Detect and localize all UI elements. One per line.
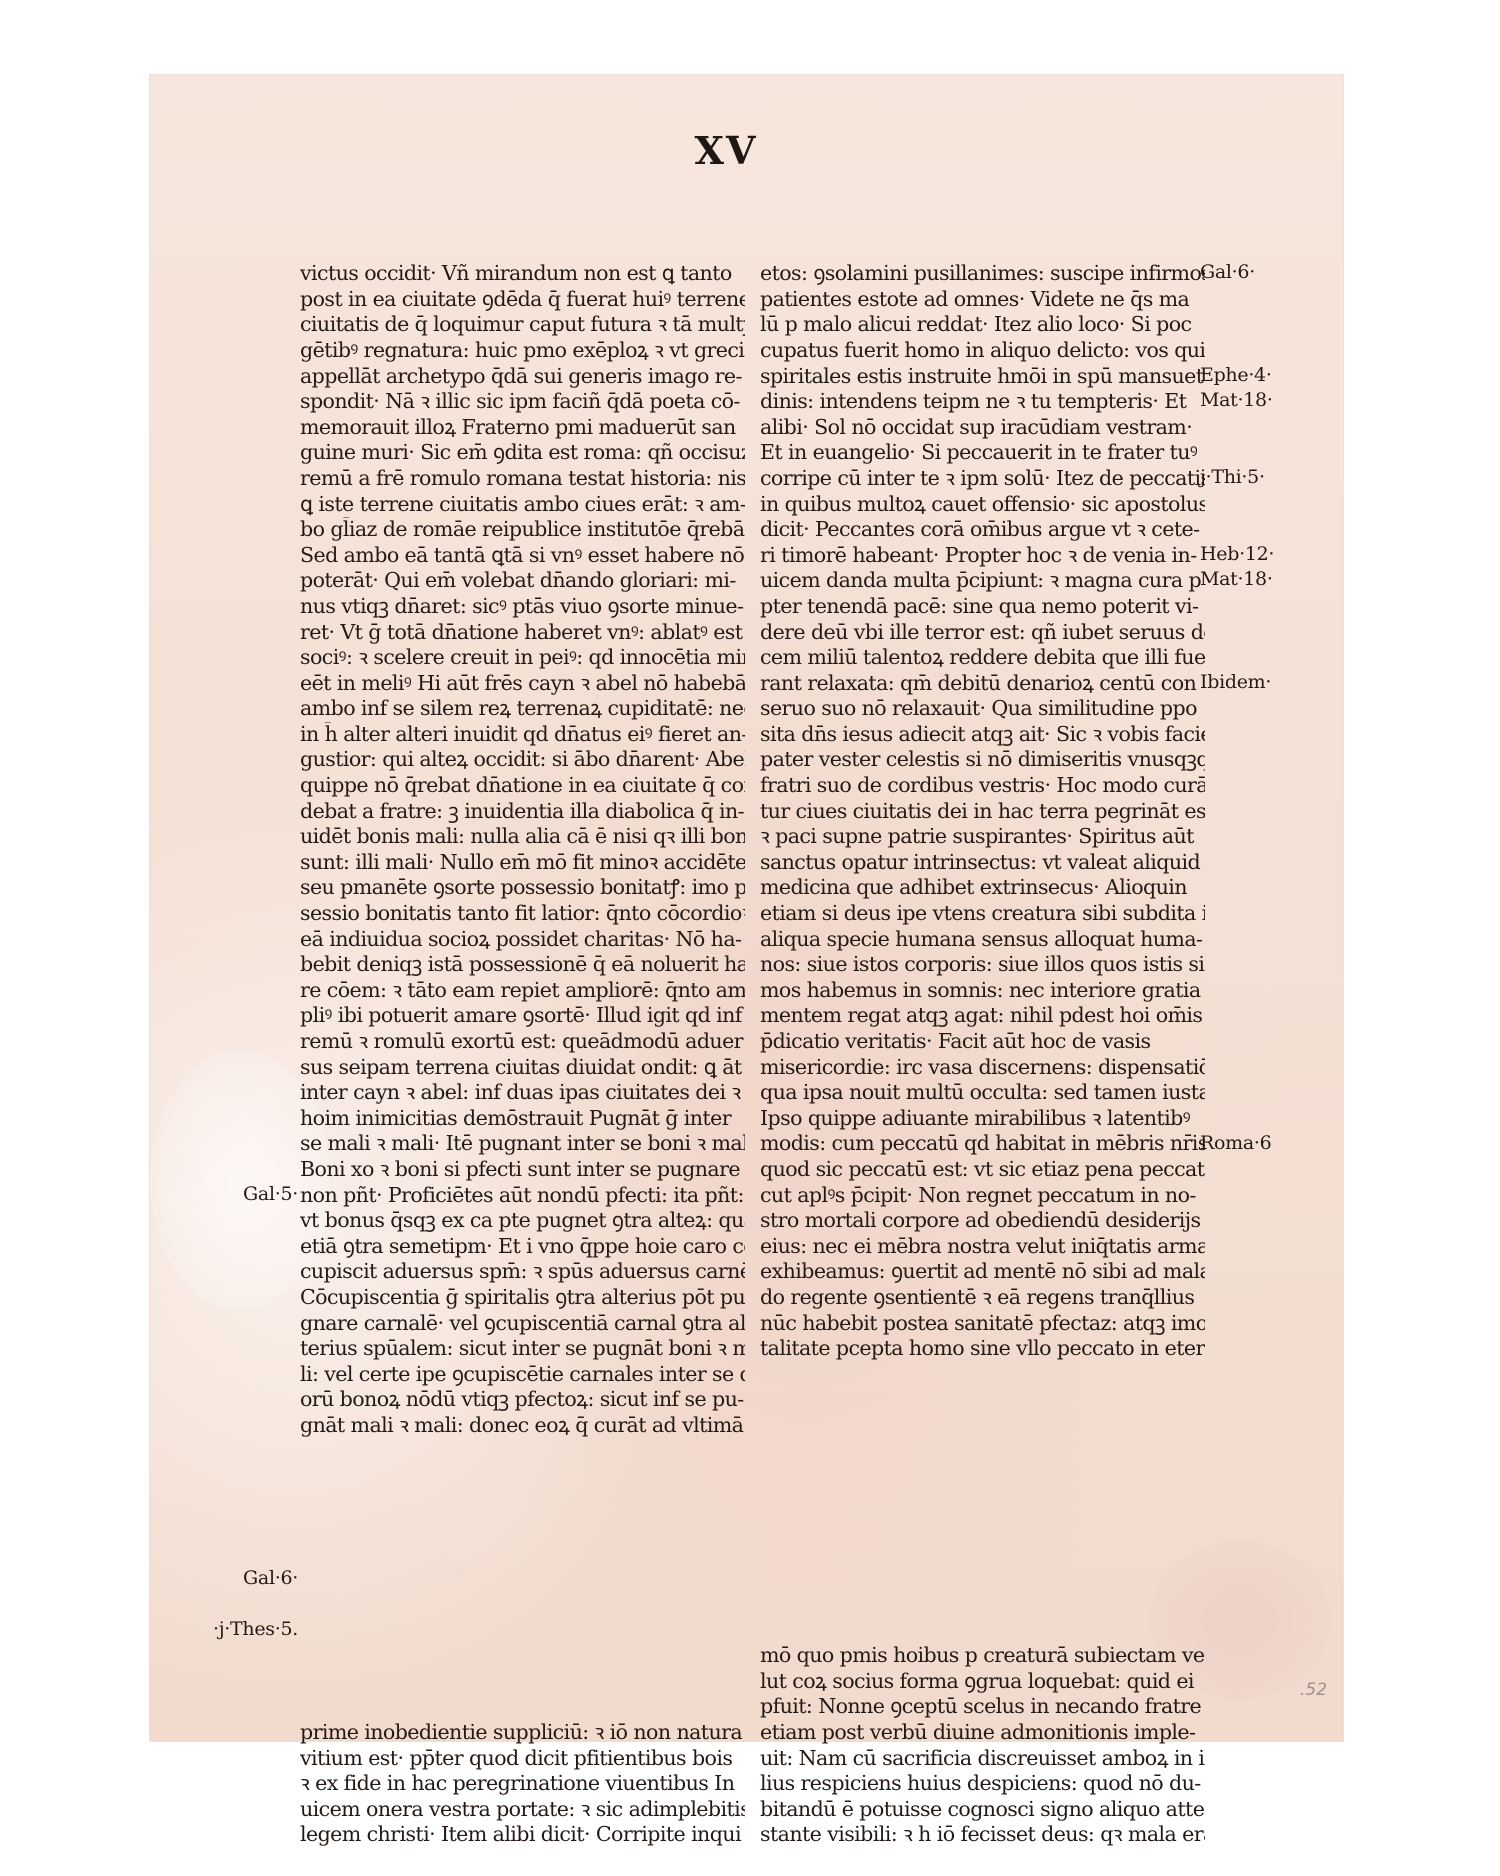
text-line: corripe cū inter te ꝛ ipm solū· Itez de …: [760, 466, 1205, 492]
text-line: etiam si deus ipe vtens creatura sibi su…: [760, 901, 1205, 927]
text-line: Sed ambo eā tantā ꝗtā si vnꝰ esset haber…: [300, 543, 745, 569]
text-line: spondit· Nā ꝛ illic sic ipm faciñ q̄dā p…: [300, 389, 745, 415]
marginal-citation: Gal·5·: [243, 1183, 298, 1205]
text-line: ꝛ ex fide in hac peregrinatione viuentib…: [300, 1771, 745, 1797]
text-line: uidēt bonis mali: nulla alia cā ē nisi q…: [300, 824, 745, 850]
text-line: li: vel certe ipe ꝯcupiscētie carnales i…: [300, 1362, 745, 1388]
text-line: mos habemus in somnis: nec interiore gra…: [760, 978, 1205, 1004]
text-line: in h̄ alter alteri inuidit qd dn̄atus ei…: [300, 722, 745, 748]
text-line: remū a frē romulo romana testat historia…: [300, 466, 745, 492]
left-closing-lines: prime inobedientie suppliciū: ꝛ iō non n…: [300, 1720, 745, 1848]
chapter-opening-line: ſEd hoc ipm qd sicut potuimus expo-: [760, 1490, 1205, 1516]
text-line: sita dn̄s iesus adiecit atqꝫ ait· Sic ꝛ …: [760, 722, 1205, 748]
text-line: ambo inf se silem reꝝ terrenaꝝ cupiditat…: [300, 696, 745, 722]
text-line: cut aplꝰs p̄cipit· Non regnet peccatum i…: [760, 1183, 1205, 1209]
text-line: etos: ꝯsolamini pusillanimes: suscipe in…: [760, 261, 1205, 287]
text-line: appellāt archetypo q̄dā sui generis imag…: [300, 364, 745, 390]
text-line: etiā ꝯtra semetipm· Et i vno q̄ppe hoie …: [300, 1234, 745, 1260]
text-line: poterāt· Qui em̄ volebat dn̄ando gloriar…: [300, 568, 745, 594]
text-line: ri timorē habeant· Propter hoc ꝛ de veni…: [760, 543, 1205, 569]
text-line: eā indiuidua socioꝝ possidet charitas· N…: [300, 927, 745, 953]
text-line: sunt: illi mali· Nullo em̄ mō fit minoꝛ …: [300, 850, 745, 876]
chapter-end-line: victoriā sanitas pducat Ca·VI·: [300, 1490, 745, 1516]
marginal-citation: ·j·Thes·5.: [213, 1618, 298, 1640]
text-line: cupatus fuerit homo in aliquo delicto: v…: [760, 338, 1205, 364]
text-line: sus seipam terrena ciuitas diuidat ondit…: [300, 1055, 745, 1081]
text-line: post in ea ciuitate ꝯdēda q̄ fuerat huiꝰ…: [300, 287, 745, 313]
text-line: uicem danda multa p̄cipiunt: ꝛ magna cur…: [760, 568, 1205, 594]
chapter-opening-line: lAnguoꝛ est quippe iste·i·illa inobediē: [300, 1566, 745, 1592]
marginal-citation: Ibidem·: [1200, 671, 1271, 693]
marginal-citation: Roma·6: [1200, 1132, 1271, 1154]
text-line: rant relaxata: qm̄ debitū denarioꝝ centū…: [760, 671, 1205, 697]
text-line: bebit deniqꝫ istā possessionē q̄ eā nolu…: [300, 952, 745, 978]
left-text-column: victus occidit· Vñ mirandum non est ꝗ ta…: [300, 210, 745, 1874]
text-line: nus vtiqꝫ dn̄aret: sicꝰ ptās viuo ꝯsorte…: [300, 594, 745, 620]
text-line: nos: siue istos corporis: siue illos quo…: [760, 952, 1205, 978]
text-line: gnāt mali ꝛ mali: donec eoꝝ q̄ curāt ad …: [300, 1413, 745, 1439]
text-line: orū bonoꝝ nōdū vtiqꝫ pfectoꝝ: sicut inf …: [300, 1387, 745, 1413]
text-line: sociꝰ: ꝛ scelere creuit in peiꝰ: qd inno…: [300, 645, 745, 671]
text-line: memorauit illoꝝ Fraterno pmi maduerūt sa…: [300, 415, 745, 441]
text-line: lut coꝝ socius forma ꝯgrua loquebat: qui…: [760, 1669, 1205, 1695]
text-line: dere deū vbi ille terror est: qñ iubet s…: [760, 620, 1205, 646]
text-line: patientes estote ad omnes· Videte ne q̄s…: [760, 287, 1205, 313]
text-line: modis: cum peccatū qd habitat in mēbris …: [760, 1131, 1205, 1157]
text-line: talitate pcepta homo sine vllo peccato i…: [760, 1336, 1205, 1362]
text-line: fratri suo de cordibus vestris· Hoc modo…: [760, 773, 1205, 799]
text-line: debat a fratre: ꝫ inuidentia illa diabol…: [300, 799, 745, 825]
text-line: prime inobedientie suppliciū: ꝛ iō non n…: [300, 1720, 745, 1746]
text-line: Boni xo ꝛ boni si pfecti sunt inter se p…: [300, 1157, 745, 1183]
text-line: cupiscit aduersus spm̄: ꝛ spūs aduersus …: [300, 1259, 745, 1285]
text-line: medicina que adhibet extrinsecus· Alioqu…: [760, 875, 1205, 901]
text-line: Cōcupiscentia ḡ spiritalis ꝯtra alterius…: [300, 1285, 745, 1311]
text-line: cem miliū talentoꝝ reddere debita que il…: [760, 645, 1205, 671]
text-line: se mali ꝛ mali· Itē pugnant inter se bon…: [300, 1131, 745, 1157]
text-line: pter tenendā pacē: sine qua nemo poterit…: [760, 594, 1205, 620]
text-line: bitandū ē potuisse cognosci signo aliquo…: [760, 1797, 1205, 1823]
text-line: pater vester celestis si nō dimiseritis …: [760, 747, 1205, 773]
right-text-column: etos: ꝯsolamini pusillanimes: suscipe in…: [760, 210, 1205, 1874]
text-line: ciuitatis de q̄ loquimur caput futura ꝛ …: [300, 312, 745, 338]
text-line: hoim inimicitias demōstrauit Pugnāt ḡ in…: [300, 1106, 745, 1132]
text-line: seruo suo nō relaxauit· Qua similitudine…: [760, 696, 1205, 722]
text-line: ret· Vt ḡ totā dn̄atione haberet vnꝰ: ab…: [300, 620, 745, 646]
text-line: sessio bonitatis tanto fit latior: q̄nto…: [300, 901, 745, 927]
text-line: nūc habebit postea sanitatē pfectaz: atq…: [760, 1311, 1205, 1337]
text-line: ꝗ iste terrene ciuitatis ambo ciues erāt…: [300, 492, 745, 518]
marginal-citation: Mat·18·: [1200, 568, 1273, 590]
text-line: uit: Nam cū sacrificia discreuisset ambo…: [760, 1746, 1205, 1772]
left-body-lines: victus occidit· Vñ mirandum non est ꝗ ta…: [300, 261, 745, 1438]
text-line: ꝛ paci supne patrie suspirantes· Spiritu…: [760, 824, 1205, 850]
text-line: sanctus opatur intrinsectus: vt valeat a…: [760, 850, 1205, 876]
text-line: alibi· Sol nō occidat sup iracūdiam vest…: [760, 415, 1205, 441]
text-line: misericordie: irc vasa discernens: dispe…: [760, 1055, 1205, 1081]
text-line: legem christi· Item alibi dicit· Corripi…: [300, 1822, 745, 1848]
chapter-end-line: na pace regnabit· Ca·VII·: [760, 1413, 1205, 1439]
text-line: quod sic peccatū est: vt sic etiaz pena …: [760, 1157, 1205, 1183]
right-closing-lines: mō quo pmis hoibus p creaturā subiectam …: [760, 1643, 1205, 1848]
text-line: spiritales estis instruite hmōi in spū m…: [760, 364, 1205, 390]
text-line: gustior: qui alteꝝ occidit: si ābo dn̄ar…: [300, 747, 745, 773]
text-line: bo gl̄iaz de romāe reipublice institutōe…: [300, 517, 745, 543]
marginal-citation: j·Thi·5·: [1200, 466, 1265, 488]
text-line: in quibus multoꝝ cauet offensio· sic apo…: [760, 492, 1205, 518]
marginal-citation: Mat·18·: [1200, 389, 1273, 411]
text-line: guine muri· Sic em̄ ꝯdita est roma: qñ o…: [300, 440, 745, 466]
pencil-leaf-number: .52: [1300, 1680, 1327, 1700]
text-line: tur ciues ciuitatis dei in hac terra peg…: [760, 799, 1205, 825]
text-line: uicem onera vestra portate: ꝛ sic adimpl…: [300, 1797, 745, 1823]
text-line: p̄dicatio veritatis· Facit aūt hoc de va…: [760, 1029, 1205, 1055]
text-line: victus occidit· Vñ mirandum non est ꝗ ta…: [300, 261, 745, 287]
text-line: stante visibili: ꝛ h iō fecisset deus: q…: [760, 1822, 1205, 1848]
text-line: gētibꝰ regnatura: huic pmo exēploꝝ ꝛ vt …: [300, 338, 745, 364]
text-line: etiam post verbū diuine admonitionis imp…: [760, 1720, 1205, 1746]
marginal-citation: Gal·6·: [243, 1567, 298, 1589]
text-line: mentem regat atqꝫ agat: nihil pdest hoi …: [760, 1003, 1205, 1029]
marginal-citation: Gal·6·: [1200, 261, 1255, 283]
chapter-opening-line: tia. de q̄ in libro q̄rdecimo disseruimꝰ: [300, 1643, 745, 1669]
text-line: Ipso quippe adiuante mirabilibus ꝛ laten…: [760, 1106, 1205, 1132]
text-line: exhibeamus: ꝯuertit ad mentē nō sibi ad …: [760, 1259, 1205, 1285]
text-line: dicit· Peccantes corā om̄ibus argue vt ꝛ…: [760, 517, 1205, 543]
text-line: Et in euangelio· Si peccauerit in te fra…: [760, 440, 1205, 466]
text-line: eius: nec ei mēbra nostra velut iniq̄tat…: [760, 1234, 1205, 1260]
text-line: gnare carnalē· vel ꝯcupiscentiā carnal ꝯ…: [300, 1311, 745, 1337]
text-line: pfuit: Nonne ꝯceptū scelus in necando fr…: [760, 1694, 1205, 1720]
folio-number: XV: [686, 128, 766, 173]
text-line: dinis: intendens teipm ne ꝛ tu tempteris…: [760, 389, 1205, 415]
text-line: re cōem: ꝛ tāto eam repiet ampliorē: q̄n…: [300, 978, 745, 1004]
text-line: mō quo pmis hoibus p creaturā subiectam …: [760, 1643, 1205, 1669]
text-line: pliꝰ ibi potuerit amare ꝯsortē· Illud ig…: [300, 1003, 745, 1029]
text-line: lius respiciens huius despiciens: quod n…: [760, 1771, 1205, 1797]
text-line: vitium est· pp̄ter quod dicit pfitientib…: [300, 1746, 745, 1772]
text-line: lū p malo alicui reddat· Itez alio loco·…: [760, 312, 1205, 338]
chapter-opening-line: suimus cū deus locutus esset ad cayn eo: [760, 1566, 1205, 1592]
text-line: do regente ꝯsentientē ꝛ eā regens tranq̄…: [760, 1285, 1205, 1311]
right-body-lines: etos: ꝯsolamini pusillanimes: suscipe in…: [760, 261, 1205, 1362]
text-line: quippe nō q̄rebat dn̄atione in ea ciuita…: [300, 773, 745, 799]
text-line: non pñt· Proficiētes aūt nondū pfecti: i…: [300, 1183, 745, 1209]
text-line: stro mortali corpore ad obediendū deside…: [760, 1208, 1205, 1234]
text-line: terius spūalem: sicut inter se pugnāt bo…: [300, 1336, 745, 1362]
text-line: eēt in meliꝰ Hi aūt frēs cayn ꝛ abel nō …: [300, 671, 745, 697]
marginal-citation: Ephe·4·: [1200, 364, 1272, 386]
text-line: seu pmanēte ꝯsorte possessio bonitatꝭ: i…: [300, 875, 745, 901]
text-line: vt bonus q̄sqꝫ ex ca pte pugnet ꝯtra alt…: [300, 1208, 745, 1234]
text-line: aliqua specie humana sensus alloquat hum…: [760, 927, 1205, 953]
text-line: remū ꝛ romulū exortū est: queādmodū adue…: [300, 1029, 745, 1055]
text-line: qua ipsa nouit multū occulta: sed tamen …: [760, 1080, 1205, 1106]
marginal-citation: Heb·12·: [1200, 543, 1274, 565]
text-line: inter cayn ꝛ abel: inf duas ipas ciuitat…: [300, 1080, 745, 1106]
